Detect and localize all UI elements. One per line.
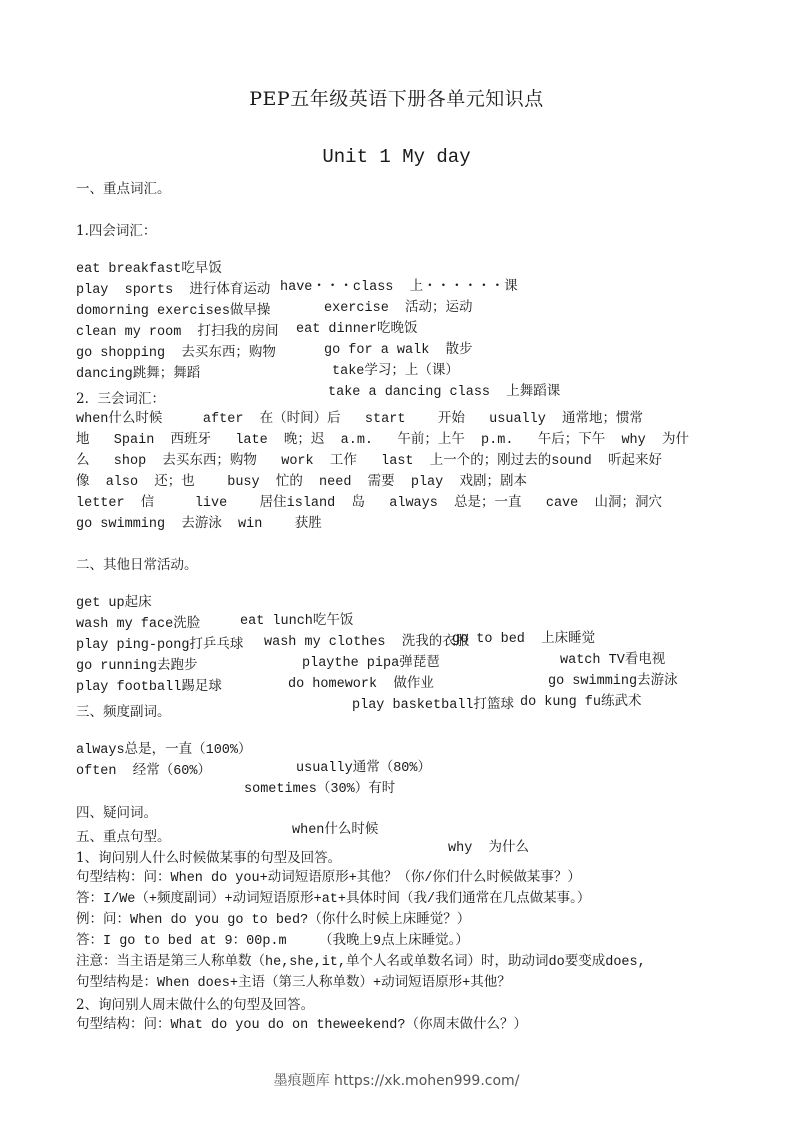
subsection-heading: 1.四会词汇： [76,222,156,242]
vocab-row: domorning exercises做早操 eat dinner吃晚饭 [76,285,108,305]
section-heading: 一、重点词汇。 [76,180,171,200]
sentence-line: 注意：当主语是第三人称单数（he,she,it,单个人名或单数名词）时，助动词d… [76,954,646,974]
question-words-row: 四、疑问词。 when什么时候 why 为什么 [76,786,108,806]
document-title: PEP五年级英语下册各单元知识点 [0,84,793,111]
vocab-row: dancing跳舞；舞蹈 take a dancing class 上舞蹈课 [76,348,108,368]
activity-row: wash my face洗脸 wash my clothes 洗我的衣服 wat… [76,598,108,618]
vocab-row: go shopping 去买东西；购物 take学习；上（课） [76,327,108,347]
activity-row: play football踢足球 play basketball打篮球 [76,661,108,681]
sentence-line: 句型结构：问：When do you+动词短语原形+其他？（你/你们什么时候做某… [76,870,581,890]
vocab-line: go swimming 去游泳 win 获胜 [76,516,322,536]
unit-title: Unit 1 My day [0,146,793,168]
vocab-line: letter 信 live 居住island 岛 always 总是；一直 ca… [76,495,662,515]
section-heading: 二、其他日常活动。 [76,556,198,576]
sentence-line: 答：I go to bed at 9：00p.m （我晚上9点上床睡觉。） [76,933,469,953]
vocab-line: 么 shop 去买东西；购物 work 工作 last 上一个的；刚过去的sou… [76,453,662,473]
sentence-line: 例：问：When do you go to bed?（你什么时候上床睡觉？） [76,912,470,932]
sentence-line: 句型结构：问：What do you do on theweekend?（你周末… [76,1017,527,1037]
section-heading: 四、疑问词。 [76,804,157,822]
vocab-row: eat breakfast吃早饭 have・・・class 上・・・・・・课 [76,243,108,263]
vocab-row: play sports 进行体育运动 exercise 活动；运动 [76,264,108,284]
section-heading: 五、重点句型。 [76,828,171,848]
vocab-line: 地 Spain 西班牙 late 晚；迟 a.m. 午前；上午 p.m. 午后；… [76,432,689,452]
activity-row: get up起床 eat lunch吃午饭 go to bed 上床睡觉 [76,577,108,597]
section-heading: 三、频度副词。 [76,703,171,723]
footer-watermark: 墨痕题库 https://xk.mohen999.com/ [0,1070,793,1090]
adverb-row: often 经常（60%） sometimes（30%）有时 [76,745,108,765]
activity-row: go running去跑步 do homework 做作业 do kung fu… [76,640,108,660]
sentence-line: 答：I/We（+频度副词）+动词短语原形+at+具体时间（我/我们通常在几点做某… [76,891,590,911]
activity-row: play ping-pong打乒乓球 playthe pipa弹琵琶 go sw… [76,619,108,639]
vocab-line: when什么时候 after 在（时间）后 start 开始 usually 通… [76,411,643,431]
sentence-line: 句型结构是：When does+主语（第三人称单数）+动词短语原形+其他？ [76,975,511,995]
vocab-line: 像 also 还；也 busy 忙的 need 需要 play 戏剧；剧本 [76,474,527,494]
sentence-line: 2、询问别人周末做什么的句型及回答。 [76,996,314,1016]
subsection-heading: 2. 三会词汇： [76,390,165,410]
adverb-row: always总是，一直（100%） usually通常（80%） [76,724,108,744]
sentence-line: 1、询问别人什么时候做某事的句型及回答。 [76,849,341,869]
vocab-row: clean my room 打扫我的房间 go for a walk 散步 [76,306,108,326]
